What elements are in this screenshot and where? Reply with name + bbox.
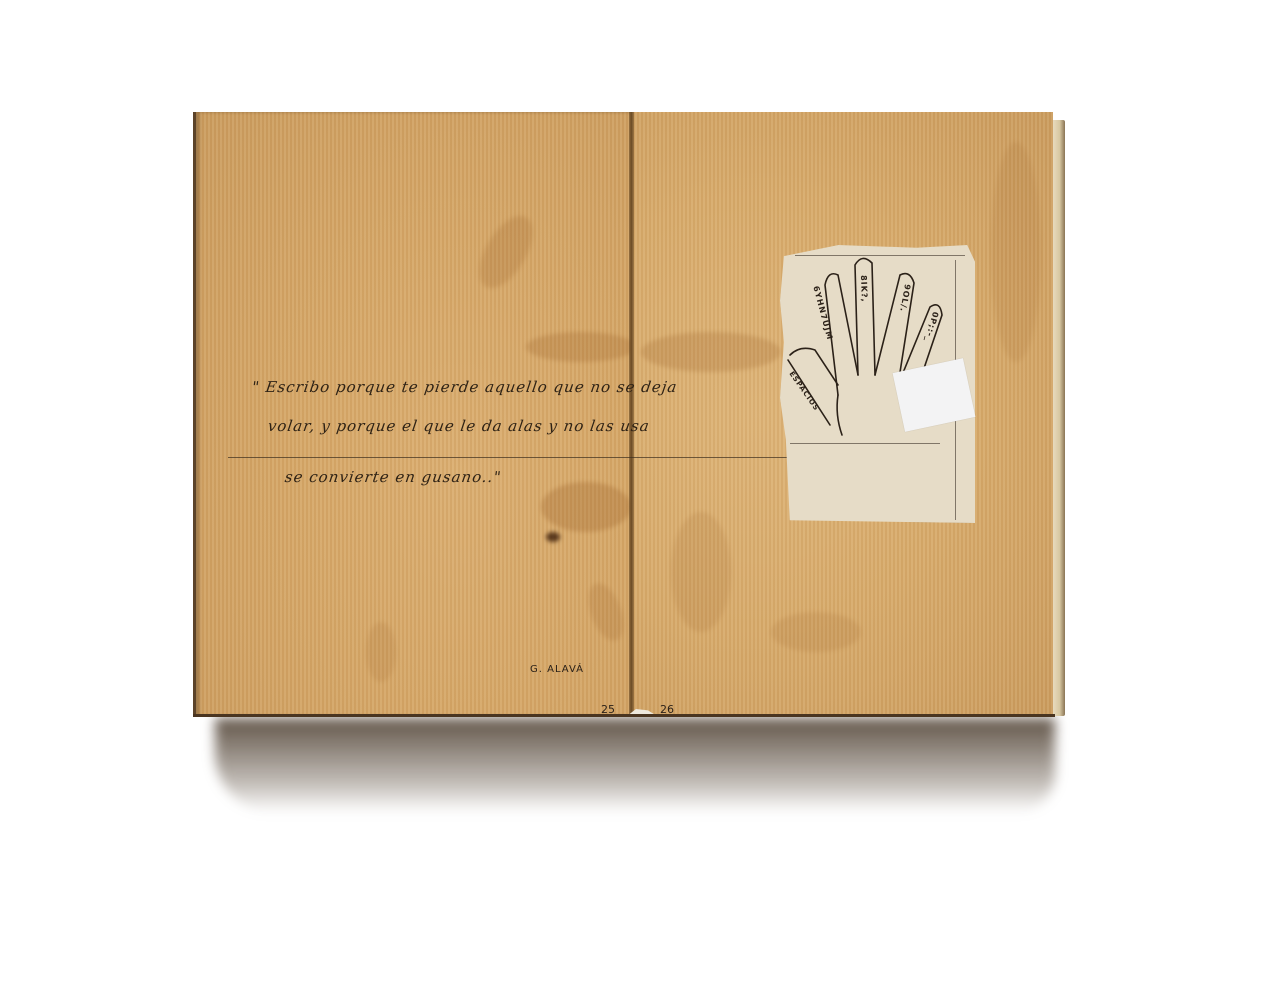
quote-line-1: " Escribo porque te pierde aquello que n… xyxy=(251,378,679,396)
artist-signature: G. ALAVÁ xyxy=(530,664,584,675)
stain xyxy=(582,579,631,646)
book-shadow xyxy=(215,718,1055,813)
stain xyxy=(671,512,731,632)
stain xyxy=(546,532,560,542)
stain xyxy=(991,142,1041,362)
stain xyxy=(541,482,631,532)
stain xyxy=(641,332,781,372)
stain xyxy=(469,207,544,296)
stain xyxy=(526,332,636,362)
left-page xyxy=(193,112,634,716)
book-bottom-edge xyxy=(193,714,1055,717)
quote-line-2: volar, y porque el que le da alas y no l… xyxy=(267,417,651,435)
book-gutter xyxy=(629,112,634,716)
stain xyxy=(771,612,861,652)
quote-line-3: se convierte en gusano.." xyxy=(284,468,503,486)
finger-label-middle: 8IK?, xyxy=(859,275,869,303)
stain xyxy=(366,622,396,682)
